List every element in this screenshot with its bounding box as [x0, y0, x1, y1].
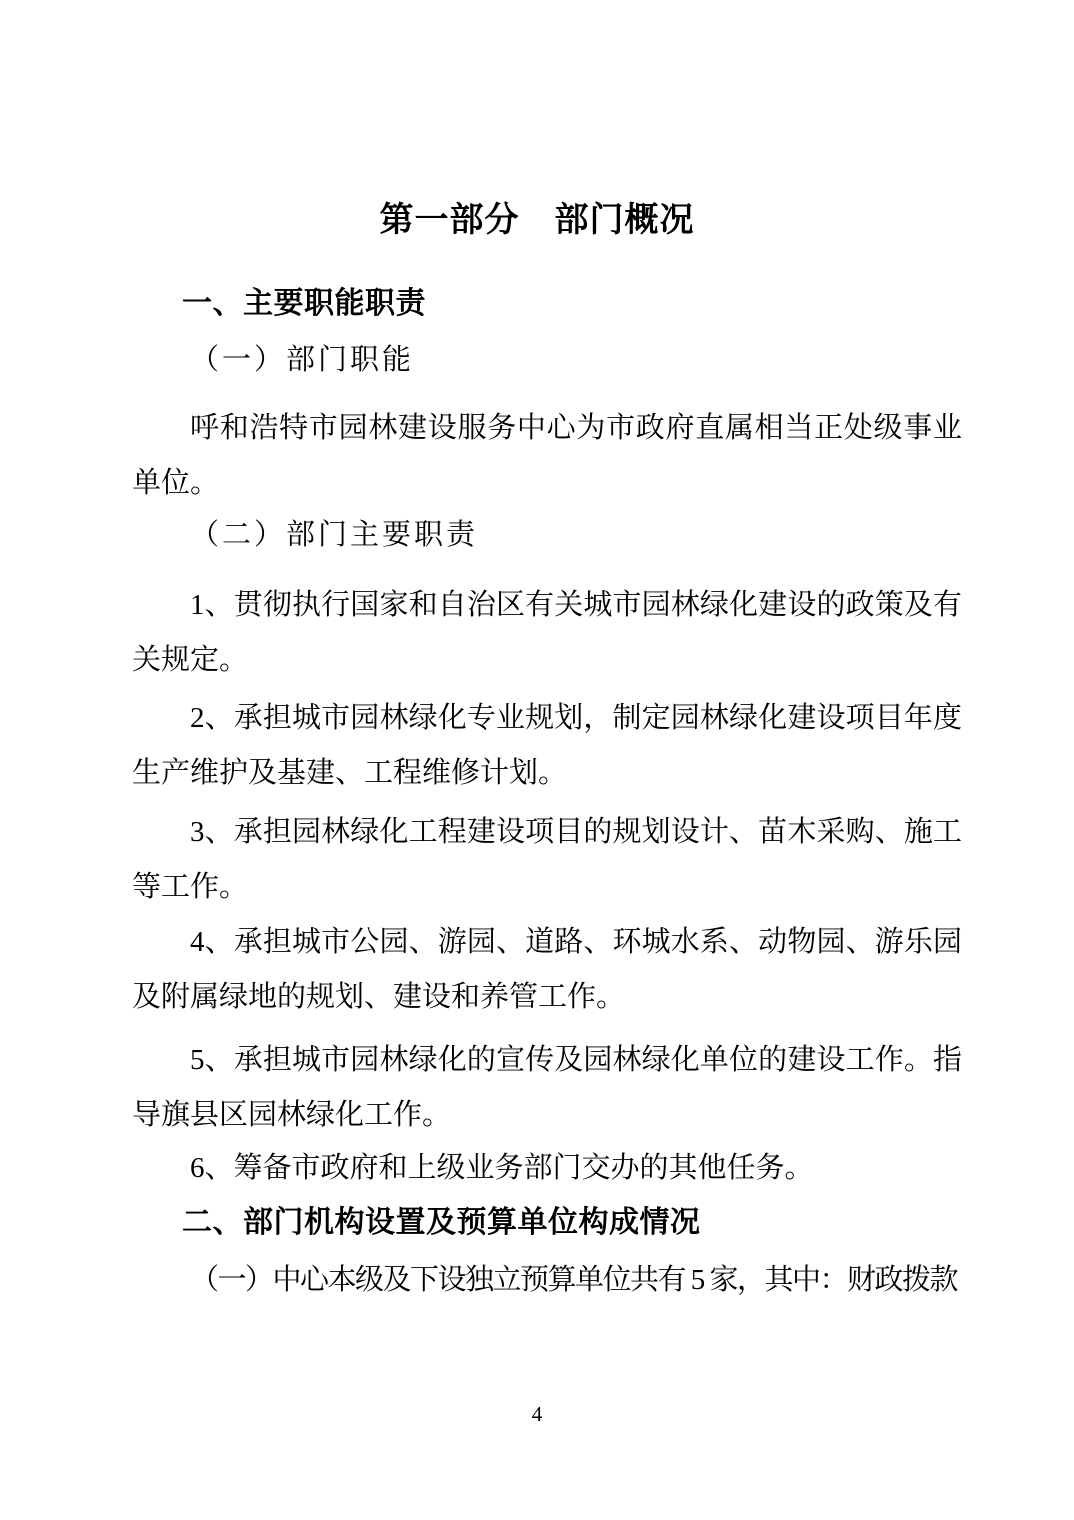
- document-page: 第一部分 部门概况 一、主要职能职责 （一）部门职能 呼和浩特市园林建设服务中心…: [0, 0, 1074, 1520]
- section-heading-main-functions: 一、主要职能职责: [132, 276, 962, 331]
- paragraph-duty-1: 1、贯彻执行国家和自治区有关城市园林绿化建设的政策及有关规定。: [132, 578, 962, 688]
- paragraph-duty-3: 3、承担园林绿化工程建设项目的规划设计、苗木采购、施工等工作。: [132, 805, 962, 915]
- page-number: 4: [0, 1399, 1074, 1429]
- section-heading-org-setup: 二、部门机构设置及预算单位构成情况: [132, 1195, 962, 1250]
- paragraph-budget-units: （一）中心本级及下设独立预算单位共有 5 家，其中：财政拨款: [132, 1253, 962, 1308]
- paragraph-duty-5: 5、承担城市园林绿化的宣传及园林绿化单位的建设工作。指导旗县区园林绿化工作。: [132, 1033, 962, 1143]
- paragraph-duty-6: 6、筹备市政府和上级业务部门交办的其他任务。: [132, 1141, 962, 1196]
- paragraph-duty-4: 4、承担城市公园、游园、道路、环城水系、动物园、游乐园及附属绿地的规划、建设和养…: [132, 915, 962, 1025]
- subsection-heading-main-duties: （二）部门主要职责: [132, 508, 962, 563]
- document-title: 第一部分 部门概况: [0, 197, 1074, 243]
- paragraph-duty-2: 2、承担城市园林绿化专业规划，制定园林绿化建设项目年度生产维护及基建、工程维修计…: [132, 691, 962, 801]
- subsection-heading-department-functions: （一）部门职能: [132, 333, 962, 388]
- paragraph-department-nature: 呼和浩特市园林建设服务中心为市政府直属相当正处级事业单位。: [132, 401, 962, 511]
